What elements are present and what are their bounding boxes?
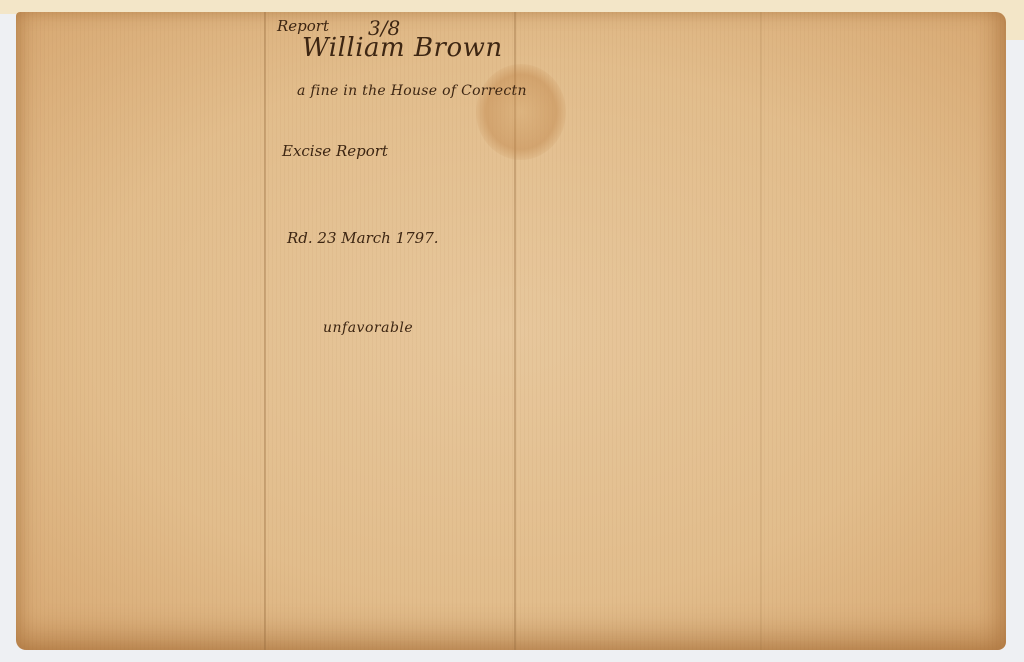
document-sheet — [16, 12, 1006, 650]
seal-stain — [476, 64, 566, 160]
category-line: Excise Report — [282, 142, 388, 160]
petitioner-name: William Brown — [302, 33, 503, 63]
verdict: unfavorable — [323, 320, 413, 336]
subject-line: a fine in the House of Correctn — [297, 83, 527, 99]
received-date: Rd. 23 March 1797. — [287, 229, 439, 247]
fold-line — [760, 12, 762, 650]
fold-line — [264, 12, 266, 650]
